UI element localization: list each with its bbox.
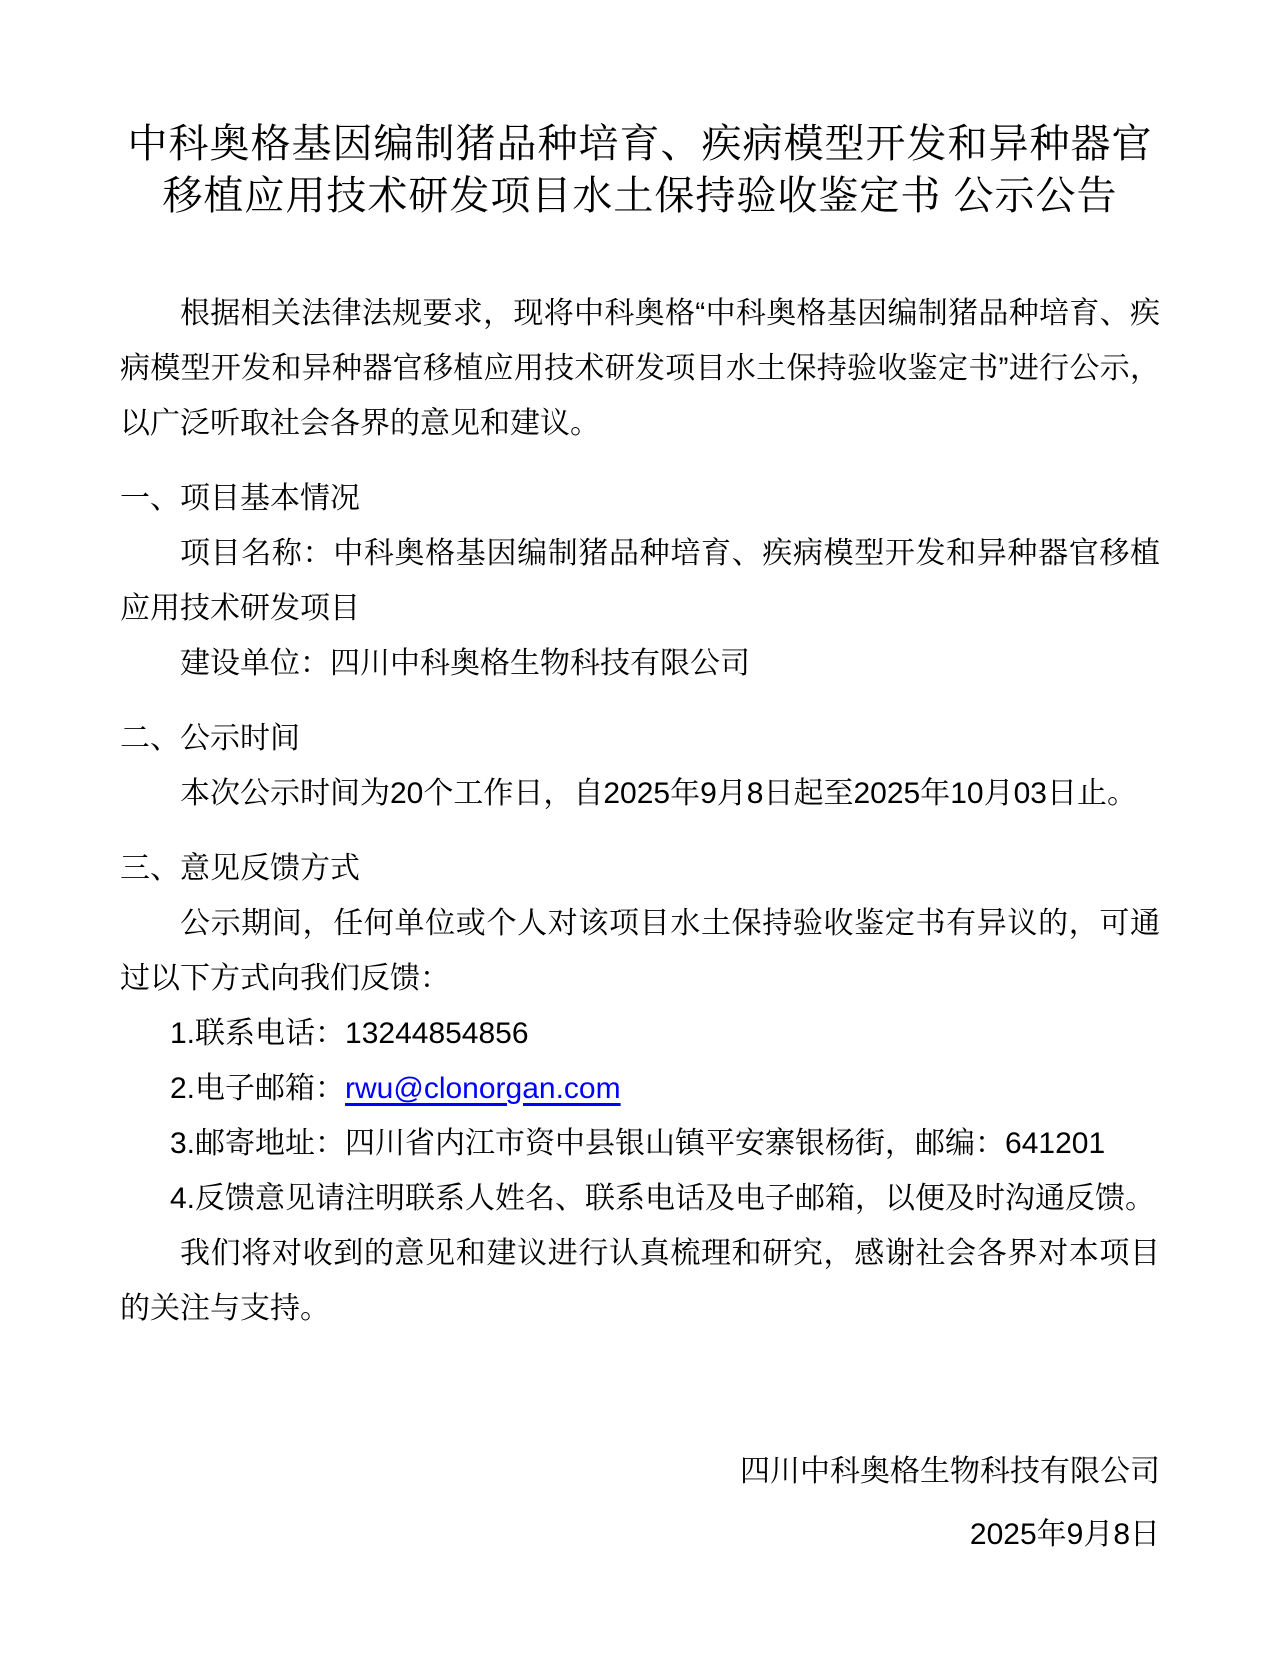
document-title: 中科奥格基因编制猪品种培育、疾病模型开发和异种器官 移植应用技术研发项目水土保持…: [120, 118, 1160, 222]
feedback-item-address: 3.邮寄地址：四川省内江市资中县银山镇平安寨银杨街，邮编：641201: [120, 1116, 1160, 1171]
signature-company: 四川中科奥格生物科技有限公司: [120, 1440, 1160, 1503]
section3-heading: 三、意见反馈方式: [120, 841, 1160, 896]
signature-date: 2025年9月8日: [120, 1503, 1160, 1566]
publicity-period-paragraph: 本次公示时间为20个工作日，自2025年9月8日起至2025年10月03日止。: [120, 766, 1160, 821]
title-line-1: 中科奥格基因编制猪品种培育、疾病模型开发和异种器官: [120, 118, 1160, 170]
email-label: 2.电子邮箱：: [170, 1072, 345, 1105]
section1-heading: 一、项目基本情况: [120, 471, 1160, 526]
feedback-item-note: 4.反馈意见请注明联系人姓名、联系电话及电子邮箱，以便及时沟通反馈。: [120, 1171, 1160, 1226]
construction-unit-paragraph: 建设单位：四川中科奥格生物科技有限公司: [120, 636, 1160, 691]
feedback-item-email: 2.电子邮箱：rwu@clonorgan.com: [120, 1061, 1160, 1116]
feedback-item-phone: 1.联系电话：13244854856: [120, 1006, 1160, 1061]
intro-paragraph: 根据相关法律法规要求，现将中科奥格“中科奥格基因编制猪品种培育、疾病模型开发和异…: [120, 286, 1160, 451]
signature-block: 四川中科奥格生物科技有限公司 2025年9月8日: [120, 1440, 1160, 1566]
title-line-2: 移植应用技术研发项目水土保持验收鉴定书 公示公告: [120, 170, 1160, 222]
section2-heading: 二、公示时间: [120, 711, 1160, 766]
project-name-paragraph: 项目名称：中科奥格基因编制猪品种培育、疾病模型开发和异种器官移植应用技术研发项目: [120, 526, 1160, 636]
closing-paragraph: 我们将对收到的意见和建议进行认真梳理和研究，感谢社会各界对本项目的关注与支持。: [120, 1226, 1160, 1336]
feedback-intro-paragraph: 公示期间，任何单位或个人对该项目水土保持验收鉴定书有异议的，可通过以下方式向我们…: [120, 896, 1160, 1006]
document-page: 中科奥格基因编制猪品种培育、疾病模型开发和异种器官 移植应用技术研发项目水土保持…: [0, 0, 1280, 1656]
email-link[interactable]: rwu@clonorgan.com: [345, 1072, 621, 1105]
